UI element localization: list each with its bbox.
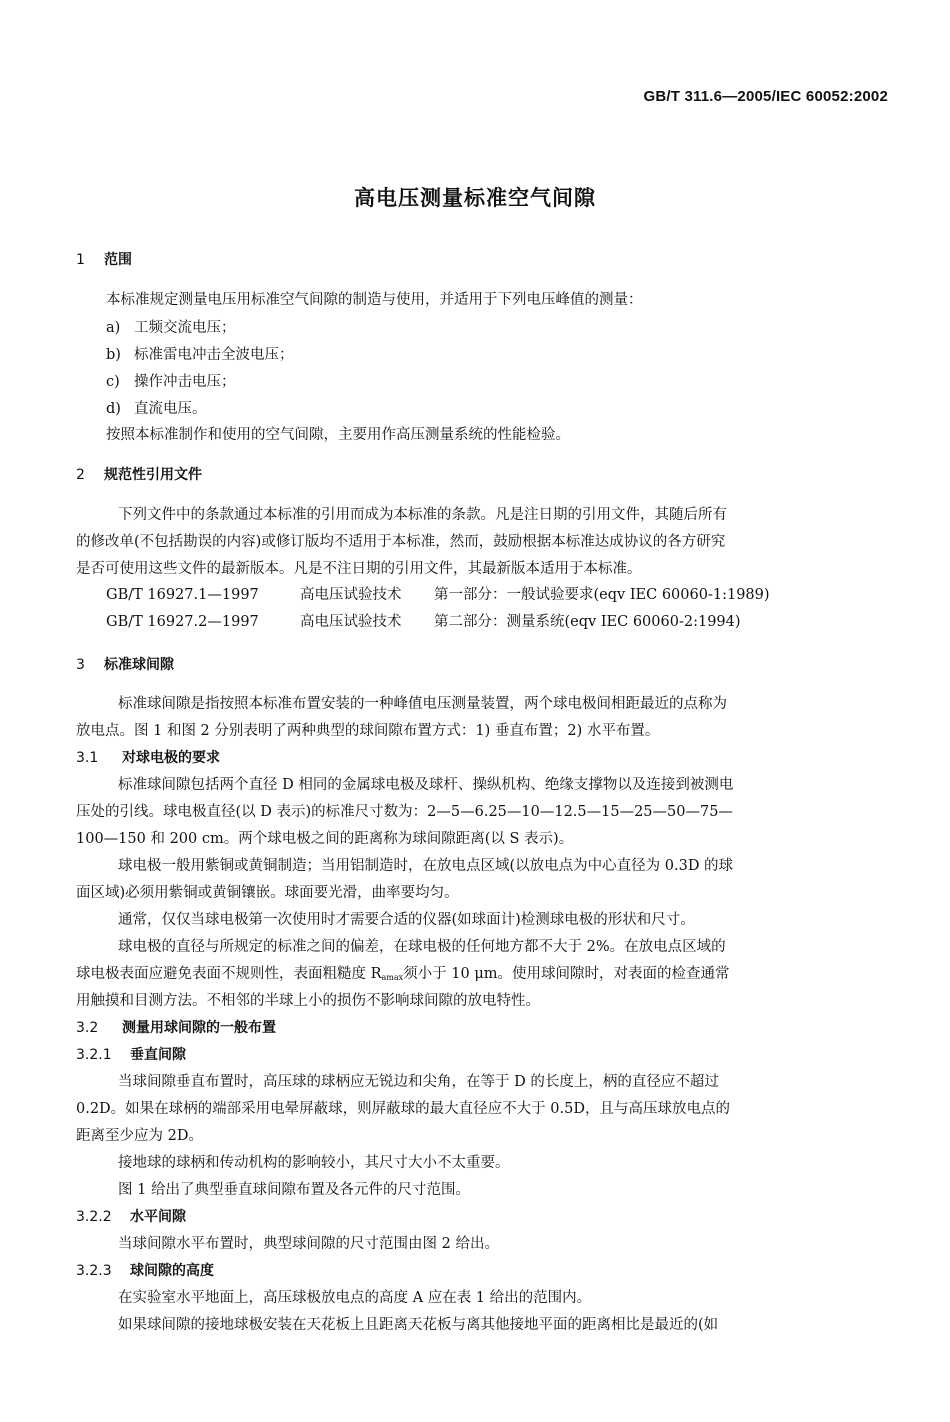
list-item: c)操作冲击电压； — [106, 372, 236, 392]
section-number: 2 — [76, 465, 104, 485]
list-text: 操作冲击电压； — [134, 374, 236, 390]
section-title: 水平间隙 — [130, 1209, 186, 1225]
document-page: GB/T 311.6—2005/IEC 60052:2002 高电压测量标准空气… — [0, 0, 950, 1422]
paragraph-line: 下列文件中的条款通过本标准的引用而成为本标准的条款。凡是注日期的引用文件，其随后… — [118, 505, 727, 525]
list-text: 直流电压。 — [134, 401, 207, 417]
paragraph-line: 标准球间隙是指按照本标准布置安装的一种峰值电压测量装置，两个球电极间相距最近的点… — [118, 694, 727, 714]
section-title: 范围 — [104, 252, 132, 268]
paragraph-line: 面区域)必须用紫铜或黄铜镶嵌。球面要光滑，曲率要均匀。 — [76, 883, 459, 903]
section-number: 3.2.1 — [76, 1045, 130, 1065]
reference-code: GB/T 16927.1—1997 — [106, 585, 300, 605]
section-title: 测量用球间隙的一般布置 — [122, 1020, 276, 1036]
list-label: a) — [106, 318, 134, 338]
section-3-2-2-heading: 3.2.2水平间隙 — [76, 1207, 186, 1227]
list-item: a)工频交流电压； — [106, 318, 236, 338]
section-2-heading: 2规范性引用文件 — [76, 465, 202, 485]
text-segment: 须小于 10 μm。使用球间隙时，对表面的检查通常 — [403, 966, 729, 982]
section-title: 标准球间隙 — [104, 657, 174, 673]
list-item: d)直流电压。 — [106, 399, 207, 419]
paragraph-line: 接地球的球柄和传动机构的影响较小，其尺寸大小不太重要。 — [118, 1153, 510, 1173]
section-title: 垂直间隙 — [130, 1047, 186, 1063]
paragraph-line: 球电极的直径与所规定的标准之间的偏差，在球电极的任何地方都不大于 2%。在放电点… — [118, 937, 726, 957]
list-label: b) — [106, 345, 134, 365]
paragraph-line: 是否可使用这些文件的最新版本。凡是不注日期的引用文件，其最新版本适用于本标准。 — [76, 559, 642, 579]
paragraph-line: 当球间隙水平布置时，典型球间隙的尺寸范围由图 2 给出。 — [118, 1234, 499, 1254]
reference-title: 高电压试验技术 — [300, 585, 434, 605]
paragraph-line: 标准球间隙包括两个直径 D 相同的金属球电极及球杆、操纵机构、绝缘支撑物以及连接… — [118, 775, 733, 795]
reference-item: GB/T 16927.1—1997高电压试验技术第一部分：一般试验要求(eqv … — [106, 585, 770, 605]
paragraph-line: 放电点。图 1 和图 2 分别表明了两种典型的球间隙布置方式：1) 垂直布置；2… — [76, 721, 659, 741]
list-label: c) — [106, 372, 134, 392]
paragraph-line: 通常，仅仅当球电极第一次使用时才需要合适的仪器(如球面计)检测球电极的形状和尺寸… — [118, 910, 695, 930]
reference-title: 高电压试验技术 — [300, 612, 434, 632]
section-number: 3.1 — [76, 748, 122, 768]
section-number: 3.2.3 — [76, 1261, 130, 1281]
reference-part: 第二部分：测量系统(eqv IEC 60060-2:1994) — [434, 614, 741, 630]
text-segment: 球电极表面应避免表面不规则性，表面粗糙度 R — [76, 966, 382, 982]
paragraph-line: 距离至少应为 2D。 — [76, 1126, 203, 1146]
reference-part: 第一部分：一般试验要求(eqv IEC 60060-1:1989) — [434, 587, 770, 603]
list-text: 标准雷电冲击全波电压； — [134, 347, 294, 363]
section-3-2-1-heading: 3.2.1垂直间隙 — [76, 1045, 186, 1065]
section-title: 规范性引用文件 — [104, 467, 202, 483]
section-number: 3.2 — [76, 1018, 122, 1038]
section-1-heading: 1范围 — [76, 250, 132, 270]
paragraph-line: 球电极表面应避免表面不规则性，表面粗糙度 Ramax须小于 10 μm。使用球间… — [76, 964, 730, 988]
reference-code: GB/T 16927.2—1997 — [106, 612, 300, 632]
list-item: b)标准雷电冲击全波电压； — [106, 345, 294, 365]
standard-code: GB/T 311.6—2005/IEC 60052:2002 — [644, 88, 889, 105]
section-3-2-3-heading: 3.2.3球间隙的高度 — [76, 1261, 214, 1281]
paragraph-line: 100—150 和 200 cm。两个球电极之间的距离称为球间隙距离(以 S 表… — [76, 829, 573, 849]
paragraph-line: 的修改单(不包括勘误的内容)或修订版均不适用于本标准，然而，鼓励根据本标准达成协… — [76, 532, 725, 552]
section-number: 3.2.2 — [76, 1207, 130, 1227]
paragraph-line: 如果球间隙的接地球极安装在天花板上且距离天花板与离其他接地平面的距离相比是最近的… — [118, 1315, 718, 1335]
list-text: 工频交流电压； — [134, 320, 236, 336]
section-title: 对球电极的要求 — [122, 750, 220, 766]
section-3-1-heading: 3.1对球电极的要求 — [76, 748, 220, 768]
list-label: d) — [106, 399, 134, 419]
section-3-heading: 3标准球间隙 — [76, 655, 174, 675]
section-title: 球间隙的高度 — [130, 1263, 214, 1279]
paragraph: 本标准规定测量电压用标准空气间隙的制造与使用，并适用于下列电压峰值的测量： — [106, 290, 643, 310]
paragraph-line: 图 1 给出了典型垂直球间隙布置及各元件的尺寸范围。 — [118, 1180, 470, 1200]
paragraph-line: 球电极一般用紫铜或黄铜制造；当用铝制造时，在放电点区域(以放电点为中心直径为 0… — [118, 856, 733, 876]
paragraph: 按照本标准制作和使用的空气间隙，主要用作高压测量系统的性能检验。 — [106, 425, 570, 445]
paragraph-line: 用触摸和目测方法。不相邻的半球上小的损伤不影响球间隙的放电特性。 — [76, 991, 540, 1011]
section-3-2-heading: 3.2测量用球间隙的一般布置 — [76, 1018, 276, 1038]
subscript: amax — [382, 973, 404, 982]
paragraph-line: 0.2D。如果在球柄的端部采用电晕屏蔽球，则屏蔽球的最大直径应不大于 0.5D，… — [76, 1099, 730, 1119]
document-title: 高电压测量标准空气间隙 — [0, 182, 950, 212]
reference-item: GB/T 16927.2—1997高电压试验技术第二部分：测量系统(eqv IE… — [106, 612, 741, 632]
paragraph-line: 在实验室水平地面上，高压球极放电点的高度 A 应在表 1 给出的范围内。 — [118, 1288, 591, 1308]
section-number: 3 — [76, 655, 104, 675]
section-number: 1 — [76, 250, 104, 270]
paragraph-line: 压处的引线。球电极直径(以 D 表示)的标准尺寸数为：2—5—6.25—10—1… — [76, 802, 733, 822]
paragraph-line: 当球间隙垂直布置时，高压球的球柄应无锐边和尖角，在等于 D 的长度上，柄的直径应… — [118, 1072, 719, 1092]
